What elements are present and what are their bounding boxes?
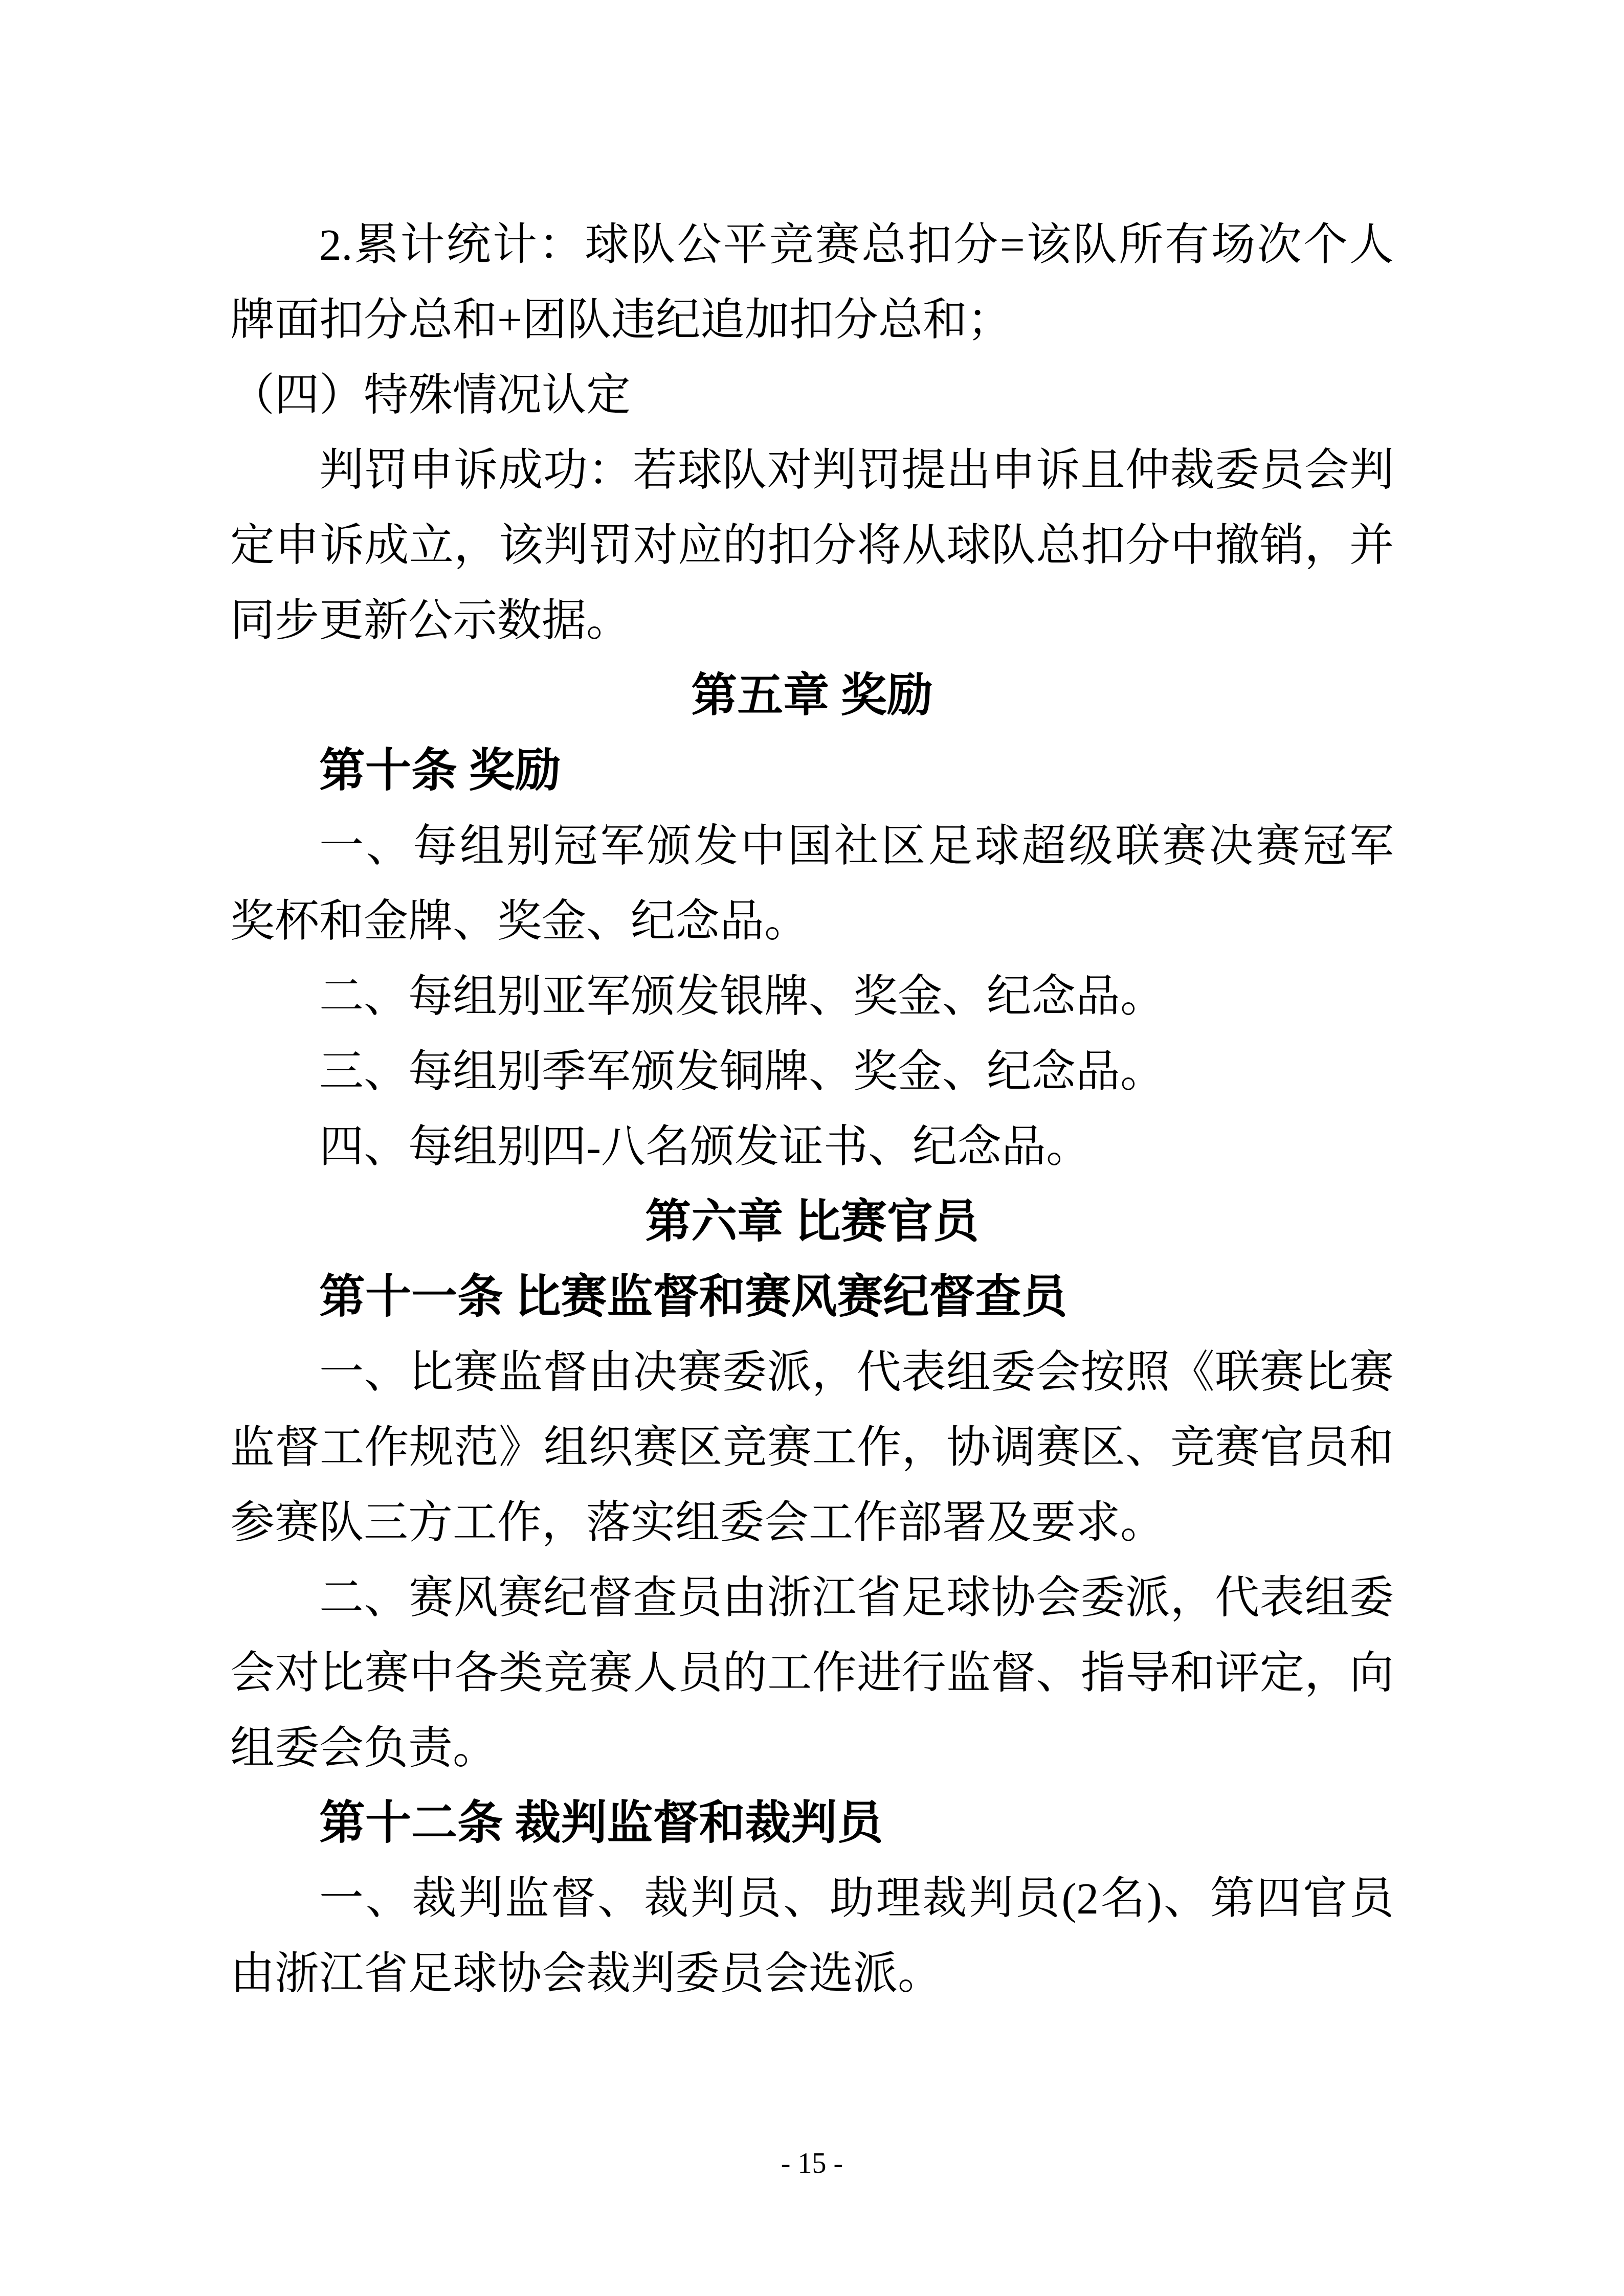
chapter-heading: 第六章 比赛官员 [230, 1184, 1394, 1259]
document-page: 2.累计统计：球队公平竞赛总扣分=该队所有场次个人牌面扣分总和+团队违纪追加扣分… [0, 0, 1624, 2296]
body-text-line: （四）特殊情况认定 [230, 357, 1394, 433]
body-text-line: 会对比赛中各类竞赛人员的工作进行监督、指导和评定，向 [230, 1635, 1394, 1710]
body-text-line: 判罚申诉成功：若球队对判罚提出申诉且仲裁委员会判 [230, 433, 1394, 508]
body-text-line: 一、比赛监督由决赛委派，代表组委会按照《联赛比赛 [230, 1335, 1394, 1410]
document-body: 2.累计统计：球队公平竞赛总扣分=该队所有场次个人牌面扣分总和+团队违纪追加扣分… [230, 207, 1394, 2011]
body-text-line: 组委会负责。 [230, 1710, 1394, 1786]
body-text-line: 奖杯和金牌、奖金、纪念品。 [230, 884, 1394, 959]
article-heading: 第十条 奖励 [230, 733, 1394, 808]
body-text-line: 2.累计统计：球队公平竞赛总扣分=该队所有场次个人 [230, 207, 1394, 282]
body-text-line: 二、赛风赛纪督查员由浙江省足球协会委派，代表组委 [230, 1560, 1394, 1635]
body-text-line: 定申诉成立，该判罚对应的扣分将从球队总扣分中撤销，并 [230, 508, 1394, 583]
body-text-line: 由浙江省足球协会裁判委员会选派。 [230, 1936, 1394, 2011]
body-text-line: 一、每组别冠军颁发中国社区足球超级联赛决赛冠军 [230, 808, 1394, 884]
body-text-line: 三、每组别季军颁发铜牌、奖金、纪念品。 [230, 1034, 1394, 1109]
article-heading: 第十一条 比赛监督和赛风赛纪督查员 [230, 1259, 1394, 1335]
body-text-line: 同步更新公示数据。 [230, 583, 1394, 658]
body-text-line: 二、每组别亚军颁发银牌、奖金、纪念品。 [230, 959, 1394, 1034]
body-text-line: 四、每组别四-八名颁发证书、纪念品。 [230, 1109, 1394, 1184]
chapter-heading: 第五章 奖励 [230, 658, 1394, 733]
body-text-line: 参赛队三方工作，落实组委会工作部署及要求。 [230, 1485, 1394, 1560]
body-text-line: 监督工作规范》组织赛区竞赛工作，协调赛区、竞赛官员和 [230, 1410, 1394, 1485]
body-text-line: 牌面扣分总和+团队违纪追加扣分总和； [230, 282, 1394, 357]
article-heading: 第十二条 裁判监督和裁判员 [230, 1786, 1394, 1861]
page-number: - 15 - [0, 2126, 1624, 2201]
body-text-line: 一、裁判监督、裁判员、助理裁判员(2名)、第四官员 [230, 1861, 1394, 1936]
